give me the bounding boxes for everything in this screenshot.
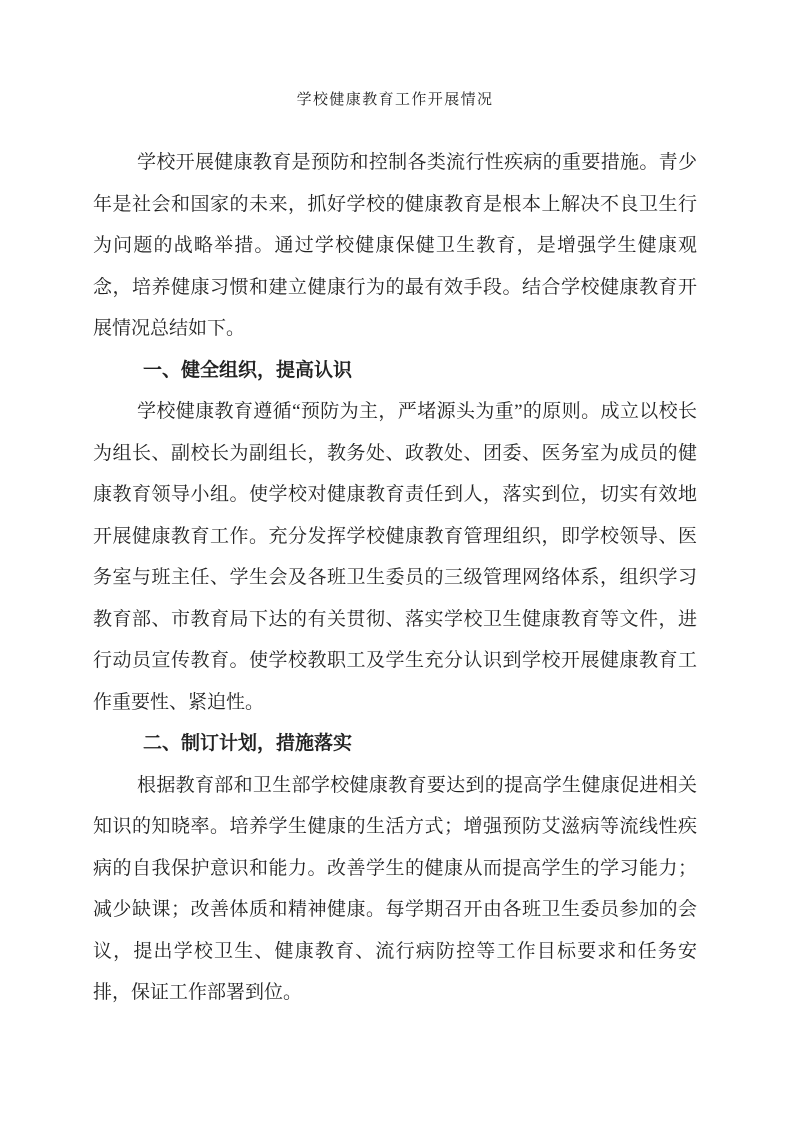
section-1-body: 学校健康教育遵循“预防为主，严堵源头为重”的原则。成立以校长为组长、副校长为副组… [93, 391, 697, 723]
document-title: 学校健康教育工作开展情况 [93, 90, 697, 111]
document-page: 学校健康教育工作开展情况 学校开展健康教育是预防和控制各类流行性疾病的重要措施。… [0, 0, 793, 1122]
section-2-body: 根据教育部和卫生部学校健康教育要达到的提高学生健康促进相关知识的知晓率。培养学生… [93, 765, 697, 1014]
section-1-heading: 一、健全组织，提高认识 [93, 350, 697, 392]
intro-paragraph: 学校开展健康教育是预防和控制各类流行性疾病的重要措施。青少年是社会和国家的未来，… [93, 142, 697, 350]
section-2-heading: 二、制订计划，措施落实 [93, 723, 697, 765]
